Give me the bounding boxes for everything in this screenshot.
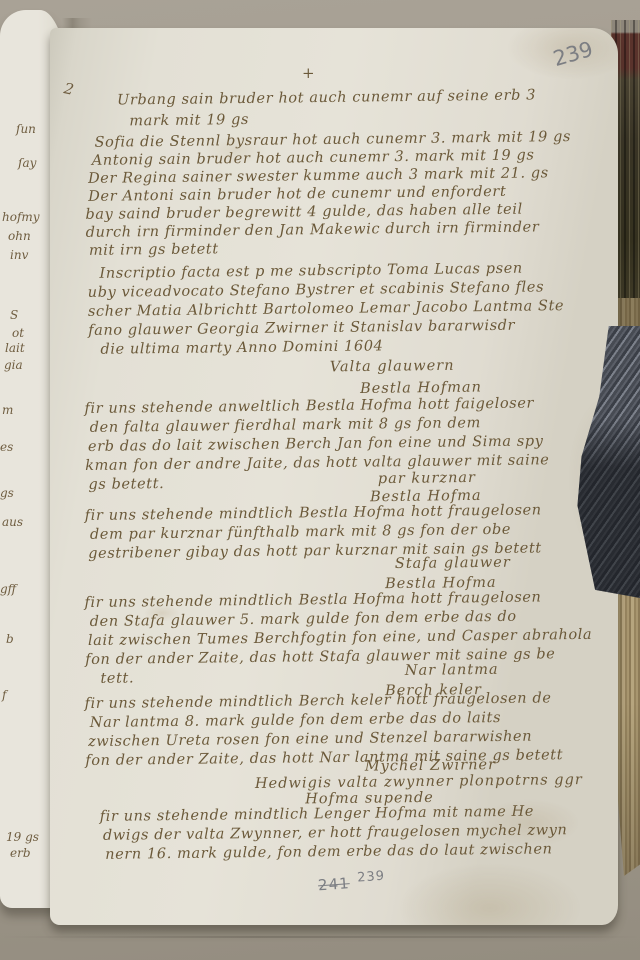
facing-page-text-fragment: gs [0, 486, 14, 500]
facing-page-text-fragment: ohn [8, 229, 31, 243]
signature-name: Valta glauwern [330, 358, 455, 377]
facing-page-text-fragment: gia [4, 358, 23, 372]
signature-name: Stafa glauwer [395, 555, 511, 573]
facing-page-text-fragment: m [2, 403, 13, 417]
facing-page-text-fragment: S [10, 308, 18, 322]
paragraph-2: Inscriptio facta est p me subscripto Tom… [87, 260, 568, 366]
facing-page-text-fragment: erb [10, 846, 31, 860]
paragraph-1: Urbang sain bruder hot auch cunemr auf s… [84, 87, 566, 263]
facing-page-text-fragment: es [0, 440, 13, 454]
manuscript-line: nern 16. mark gulde, fon dem erbe das do… [105, 841, 553, 863]
folio-number-corrected: 239 [357, 869, 386, 886]
manuscript-line: Urbang sain bruder hot auch cunemr auf s… [117, 87, 536, 109]
facing-page-text-fragment: lait [5, 341, 25, 355]
signature-name: Bestla Hofman [360, 379, 482, 397]
manuscript-line: Nar lantma 8. mark gulde fon dem erbe da… [90, 710, 501, 732]
manuscript-line: tett. [100, 670, 134, 687]
paragraph-7: fir uns stehende mindtlich Lenger Hofma … [100, 803, 581, 869]
signature-name: Nar lantma [405, 662, 499, 680]
facing-page-text-fragment: inv [10, 248, 28, 262]
facing-page-text-fragment: f [2, 688, 6, 702]
facing-page-text-fragment: gff [0, 582, 16, 596]
folio-number-pencil: 239 [550, 37, 595, 71]
manuscript-line: mit irn gs betett [89, 241, 219, 260]
folio-number-crossed-out: 241 [317, 874, 350, 894]
manuscript-line: fano glauwer Georgia Zwirner it Stanisla… [88, 318, 515, 340]
manuscript-line: den falta glauwer fierdhal mark mit 8 gs… [90, 415, 481, 437]
facing-page-text-fragment: 19 gs [6, 830, 39, 844]
facing-page-text-fragment: ſay [18, 156, 36, 170]
facing-page-text-fragment: hofmy [2, 210, 40, 224]
facing-page-text-fragment: ot [12, 326, 24, 340]
facing-page-text-fragment: ſun [16, 122, 36, 136]
manuscript-page: 239 2 + Urbang sain bruder hot auch cune… [50, 28, 618, 925]
manuscript-line: gs betett. [88, 476, 164, 494]
cross-mark: + [302, 64, 315, 82]
bottom-folio-numbers: 241239 [317, 872, 386, 895]
archival-photo-stage: ſun ſay hofmy ohn inv S ot lait gia m es… [0, 0, 640, 960]
facing-page-text-fragment: b [6, 632, 14, 646]
facing-page-text-fragment: aus [2, 515, 23, 529]
manuscript-line: die ultima marty Anno Domini 1604 [100, 338, 383, 358]
margin-squiggle-mark: 2 [62, 79, 75, 99]
manuscript-line: mark mit 19 gs [129, 112, 249, 130]
signature-name: par kurznar [378, 470, 476, 488]
